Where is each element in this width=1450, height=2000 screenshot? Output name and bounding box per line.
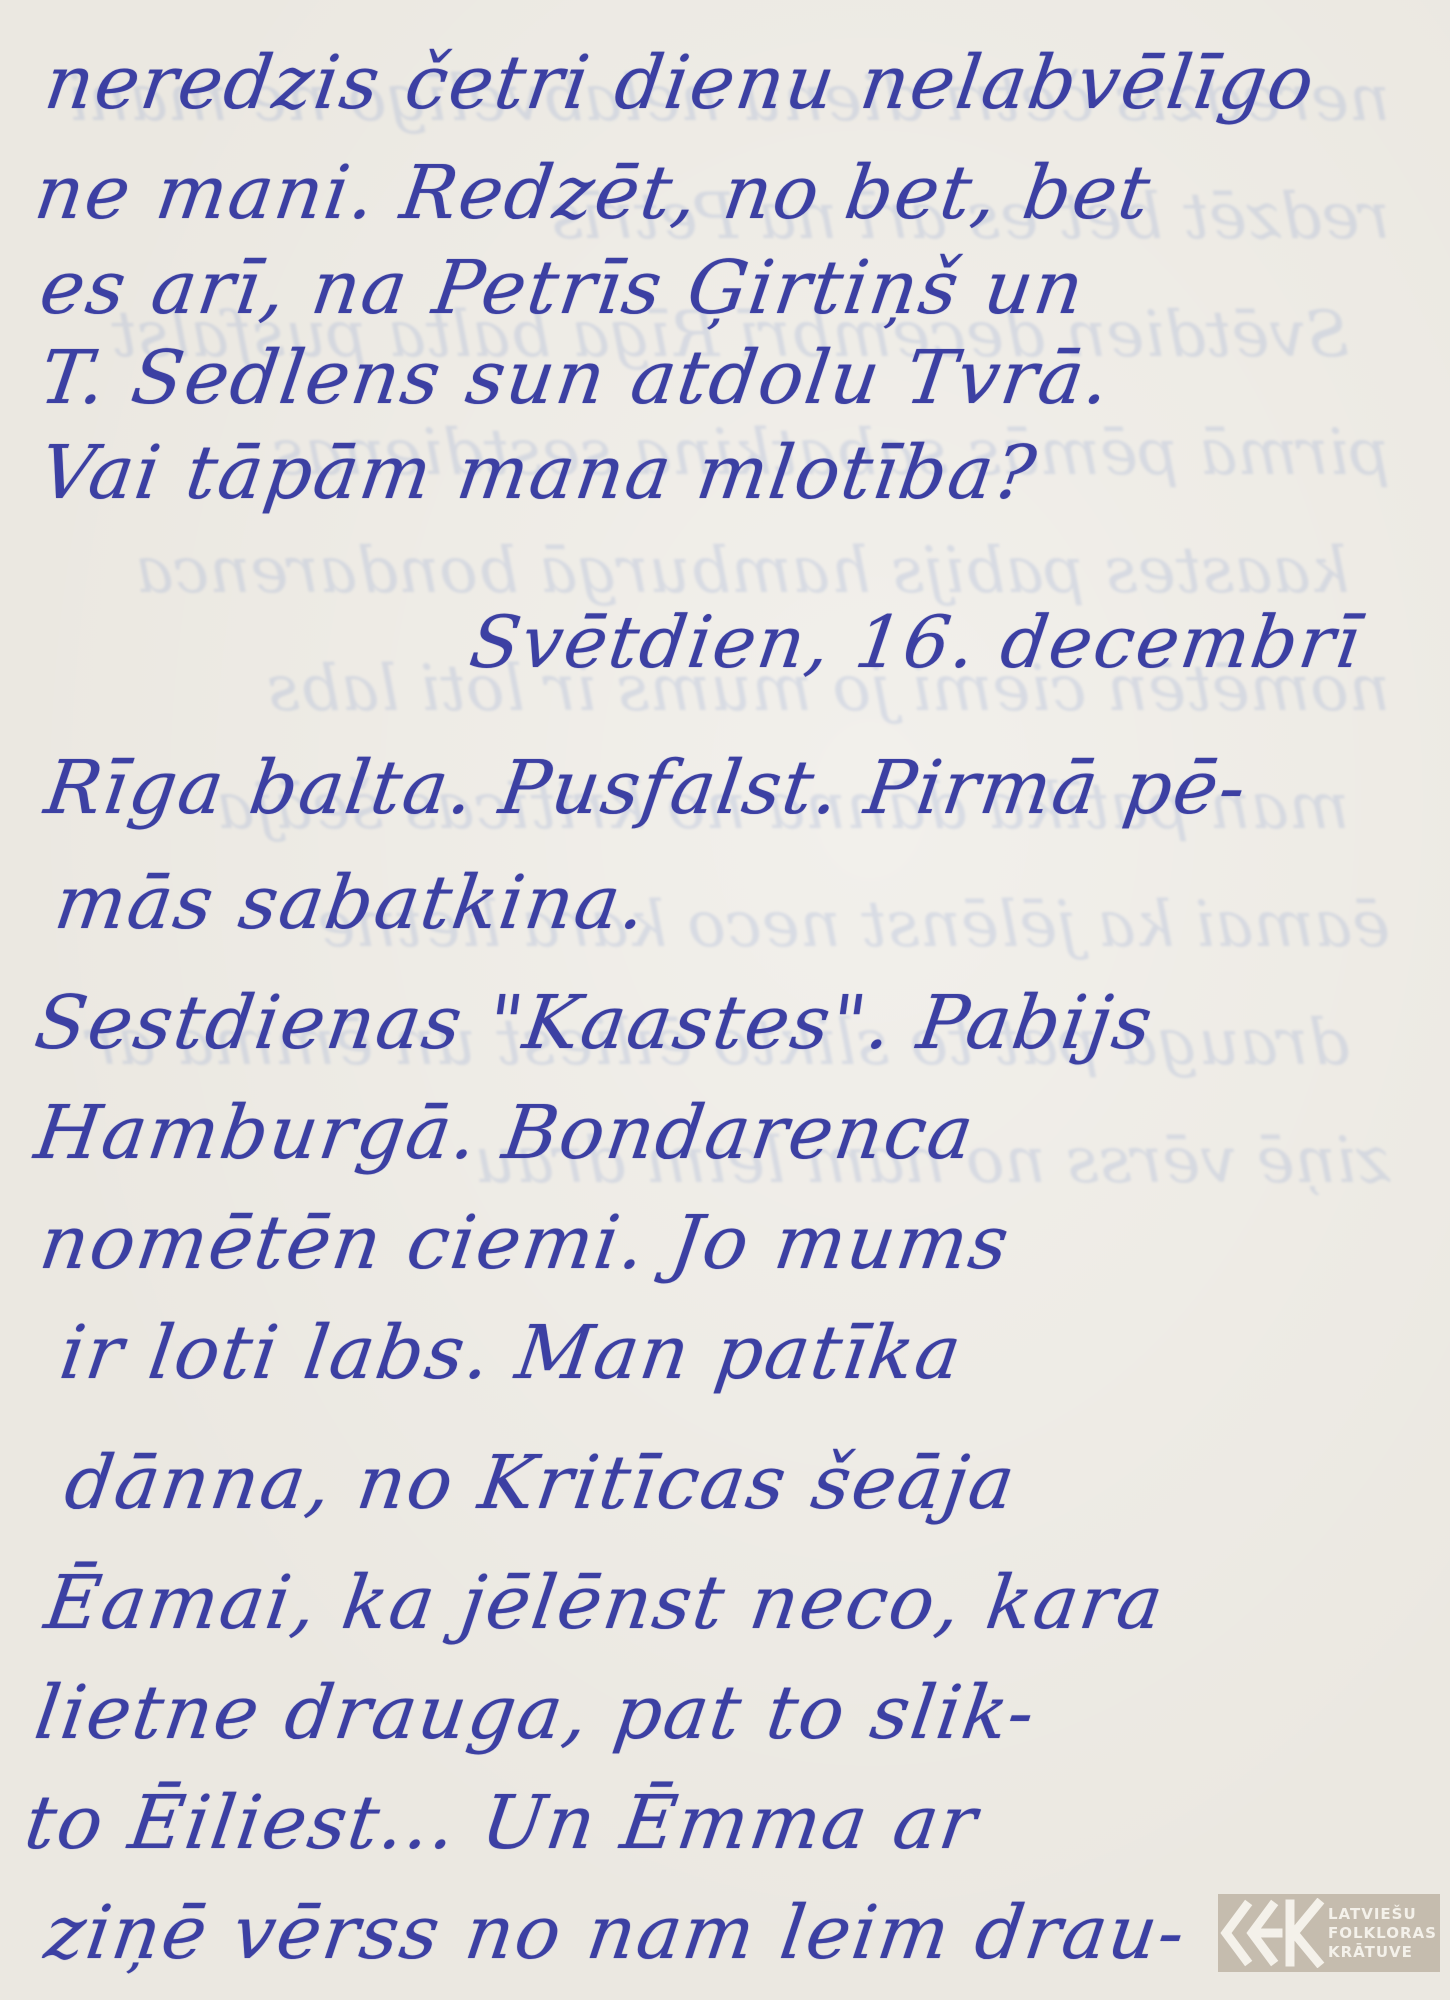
handwritten-line: Ēamai, ka jēlēnst neco, kara [40, 1560, 1170, 1646]
lfk-mark-icon [1218, 1894, 1328, 1972]
handwritten-line: nomētēn ciemi. Jo mums [35, 1200, 1015, 1286]
handwritten-line: T. Sedlens sun atdolu Tvrā. [35, 335, 1117, 421]
logo-line-1: LATVIEŠU [1328, 1905, 1437, 1924]
handwritten-line: neredzis četri dienu nelabvēlīgo [40, 40, 1321, 126]
handwritten-line: ziņē vērss no nam leim drau- [40, 1890, 1192, 1976]
handwritten-line: mās sabatkina. [50, 860, 653, 946]
handwritten-line: lietne drauga, pat to slik- [30, 1670, 1041, 1756]
latviesu-folkloras-kratuve-logo: LATVIEŠU FOLKLORAS KRĀTUVE [1218, 1894, 1440, 1972]
handwritten-line: to Ēiliest... Un Ēmma ar [20, 1780, 984, 1866]
handwritten-line: Sestdienas "Kaastes". Pabijs [30, 980, 1159, 1066]
handwritten-line: Vai tāpām mana mlotība? [35, 430, 1043, 516]
handwritten-line: Hamburgā. Bondarenca [30, 1090, 980, 1176]
handwritten-line: Rīga balta. Pusfalst. Pirmā pē- [40, 745, 1253, 831]
logo-line-3: KRĀTUVE [1328, 1943, 1437, 1962]
diary-page: neredzis četri dienu nelabvēlīgo ne mani… [0, 0, 1450, 2000]
handwritten-line: ne mani. Redzēt, no bet, bet [30, 150, 1157, 236]
handwritten-line: ir loti labs. Man patīka [55, 1310, 968, 1396]
diary-date-heading: Svētdien, 16. decembrī [465, 600, 1367, 684]
logo-line-2: FOLKLORAS [1328, 1924, 1437, 1943]
handwritten-line: es arī, na Petrīs Ģirtiņš un [35, 245, 1090, 331]
handwritten-line: dānna, no Kritīcas šeāja [60, 1440, 1022, 1526]
